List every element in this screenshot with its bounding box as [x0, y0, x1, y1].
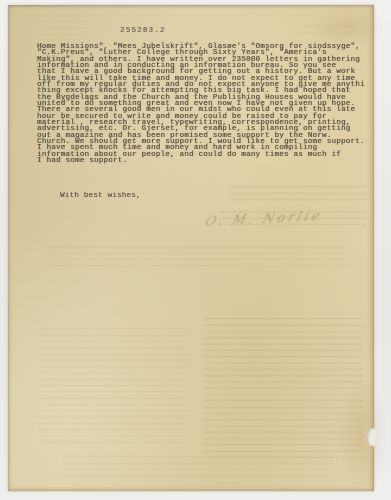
- paper-edge-tear: [365, 428, 377, 447]
- bleed-through-text: [298, 23, 353, 36]
- bleed-through-text: [48, 243, 348, 269]
- closing-line: With best wishes,: [60, 192, 141, 200]
- reference-number: 255283.2: [120, 27, 166, 35]
- bleed-through-text: [43, 18, 85, 36]
- bleed-through-text: [38, 325, 188, 445]
- letter-body: Home Missions", "Mees Jubelskrift", Glas…: [37, 44, 367, 164]
- bleed-through-text: [230, 183, 366, 202]
- bleed-through-text: [203, 315, 363, 460]
- bleed-through-text: [63, 453, 333, 479]
